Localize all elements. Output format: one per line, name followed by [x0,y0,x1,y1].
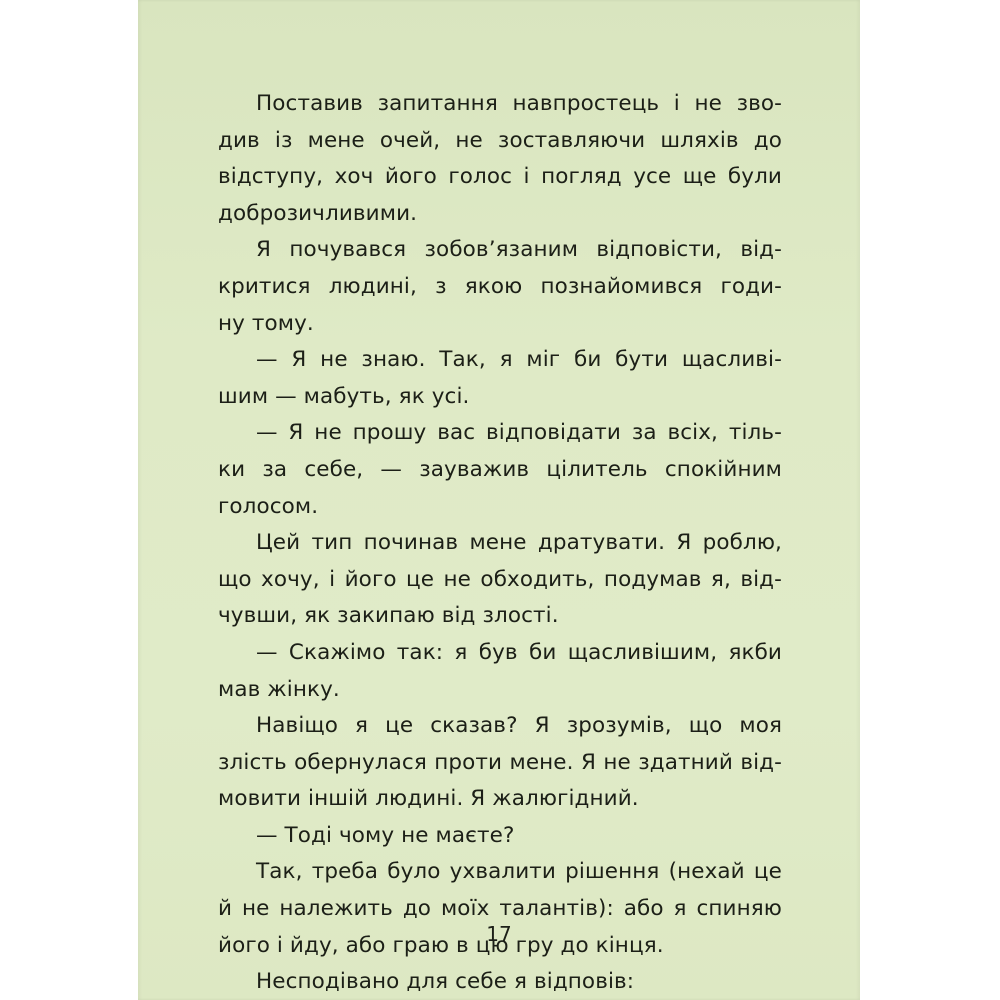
text-line: Навіщо я це сказав? Я зрозумів, що моя [218,708,782,745]
text-line: ну тому. [218,306,782,343]
text-line: Цей тип починав мене дратувати. Я роблю, [218,525,782,562]
body-text: Поставив запитання навпростець і не зво-… [218,86,782,1000]
text-line: Так, треба було ухвалити рішення (нехай … [218,854,782,891]
text-line: чувши, як закипаю від злості. [218,598,782,635]
text-line: що хочу, і його це не обходить, подумав … [218,562,782,599]
text-line: — Скажімо так: я був би щасливішим, якби [218,635,782,672]
text-line: ки за себе, — зауважив цілитель спокійни… [218,452,782,489]
text-line: шим — мабуть, як усі. [218,379,782,416]
text-line: — Я не прошу вас відповідати за всіх, ті… [218,415,782,452]
text-line: критися людині, з якою познайомився годи… [218,269,782,306]
text-line: доброзичливими. [218,196,782,233]
text-line: Поставив запитання навпростець і не зво- [218,86,782,123]
text-line: мав жінку. [218,672,782,709]
page-number: 17 [138,922,860,946]
text-line: див із мене очей, не зоставляючи шляхів … [218,123,782,160]
text-line: — Тоді чому не маєте? [218,818,782,855]
text-line: — Я не знаю. Так, я міг би бути щасливі- [218,342,782,379]
text-line: Я почувався зобов’язаним відповісти, від… [218,232,782,269]
text-line: Несподівано для себе я відповів: [218,964,782,1000]
text-line: голосом. [218,489,782,526]
book-page: Поставив запитання навпростець і не зво-… [138,0,860,1000]
text-line: злість обернулася проти мене. Я не здатн… [218,745,782,782]
text-line: мовити іншій людині. Я жалюгідний. [218,781,782,818]
text-line: відступу, хоч його голос і погляд усе ще… [218,159,782,196]
